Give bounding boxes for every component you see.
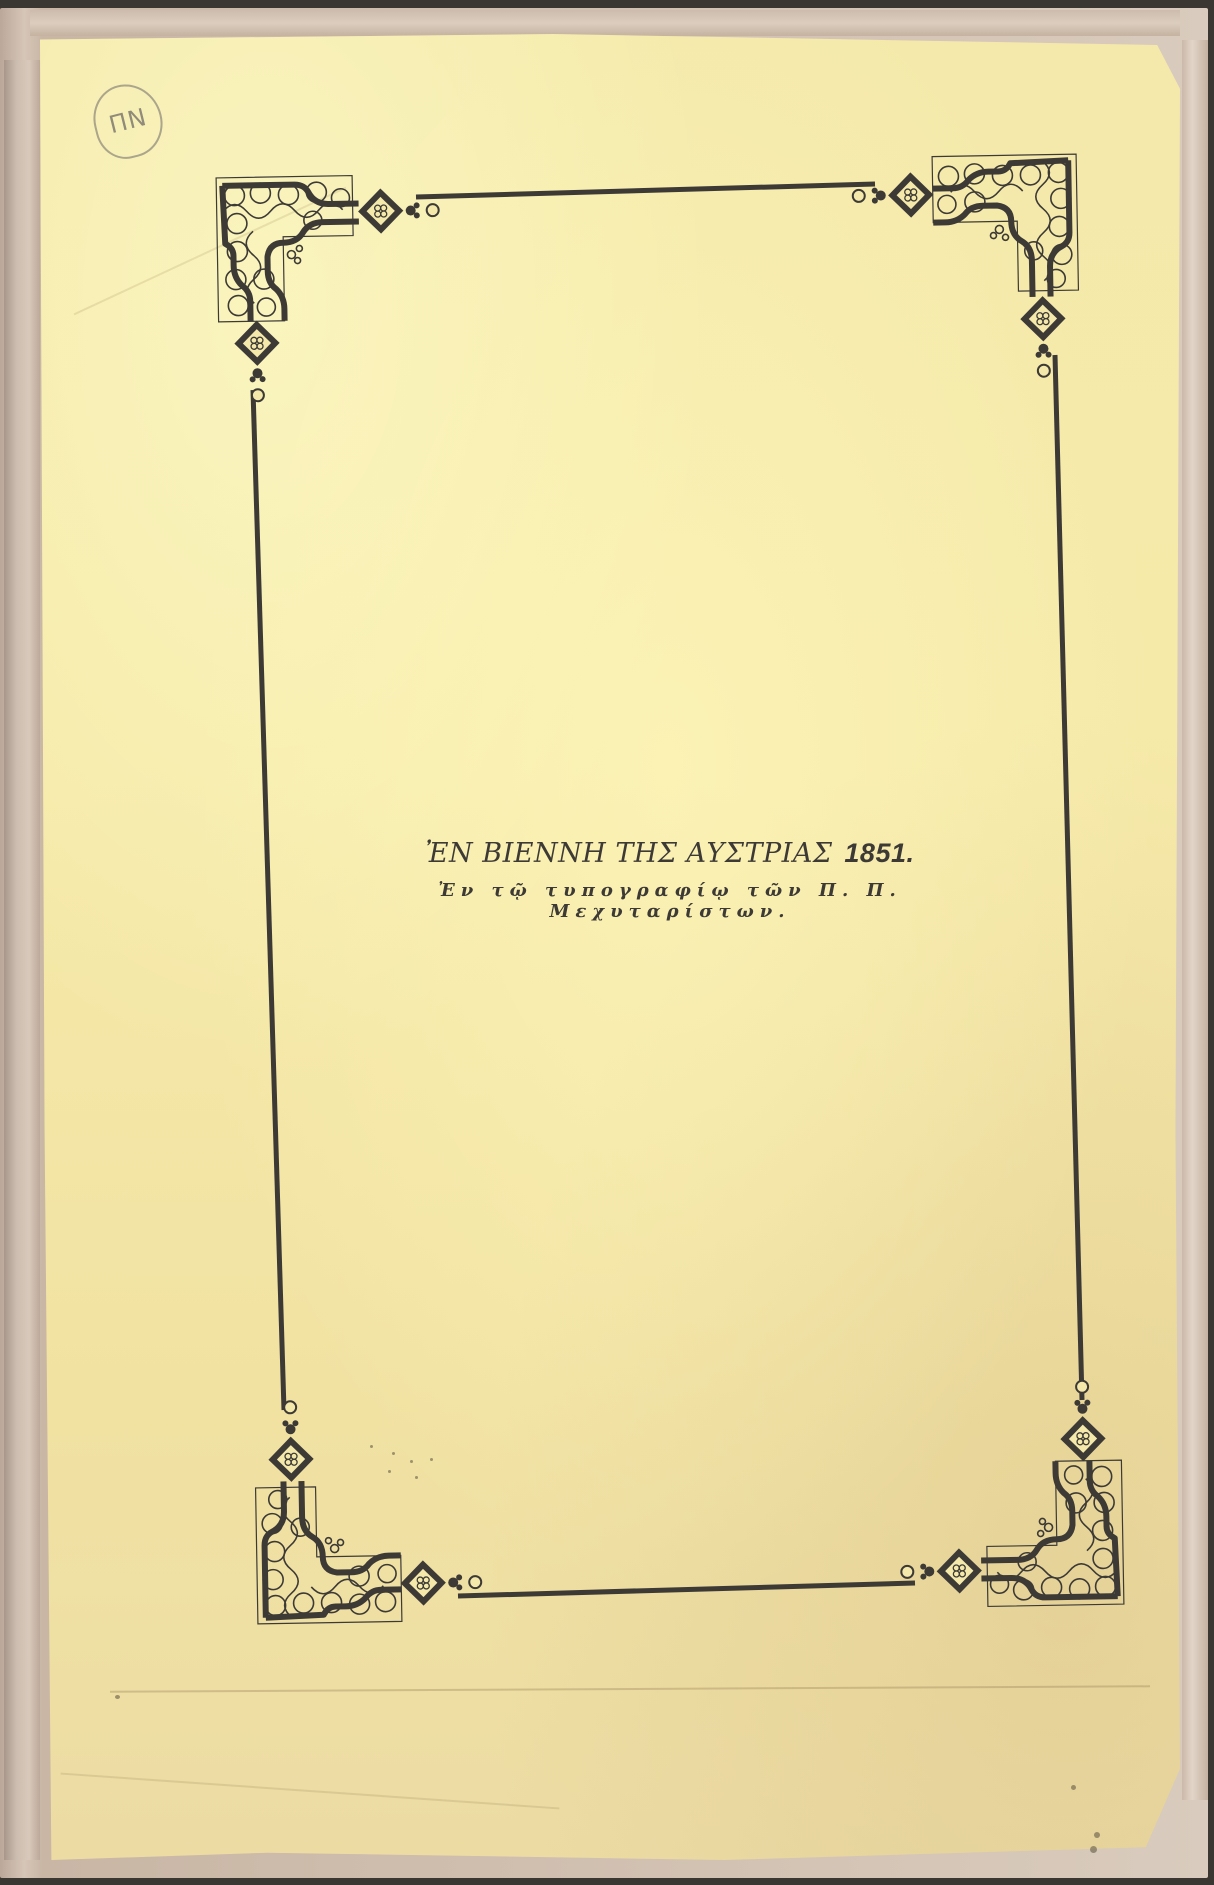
imprint-place-date: ἘΝ ΒΙΕΝΝΗ ΤΗΣ ΑΥΣΤΡΙΑΣ1851. — [340, 838, 1000, 869]
left-rule — [253, 390, 284, 1410]
corner-ornament-bottom-left — [248, 1398, 482, 1628]
right-rule — [1055, 355, 1082, 1400]
imprint-place: ἘΝ ΒΙΕΝΝΗ ΤΗΣ ΑΥΣΤΡΙΑΣ — [426, 838, 833, 869]
corner-ornament-top-right — [852, 150, 1086, 380]
imprint-year: 1851. — [844, 838, 914, 868]
corner-ornament-top-left — [212, 168, 442, 402]
scanned-page: ΠΝ — [0, 0, 1214, 1885]
corner-ornament-bottom-right — [898, 1380, 1128, 1614]
ornamental-frame — [0, 0, 1214, 1885]
top-rule — [416, 184, 875, 197]
bottom-rule — [458, 1583, 915, 1596]
imprint-printer: Ἐν τῷ τυπογραφίῳ τῶν Π. Π. Μεχυταρίστων. — [350, 880, 990, 922]
